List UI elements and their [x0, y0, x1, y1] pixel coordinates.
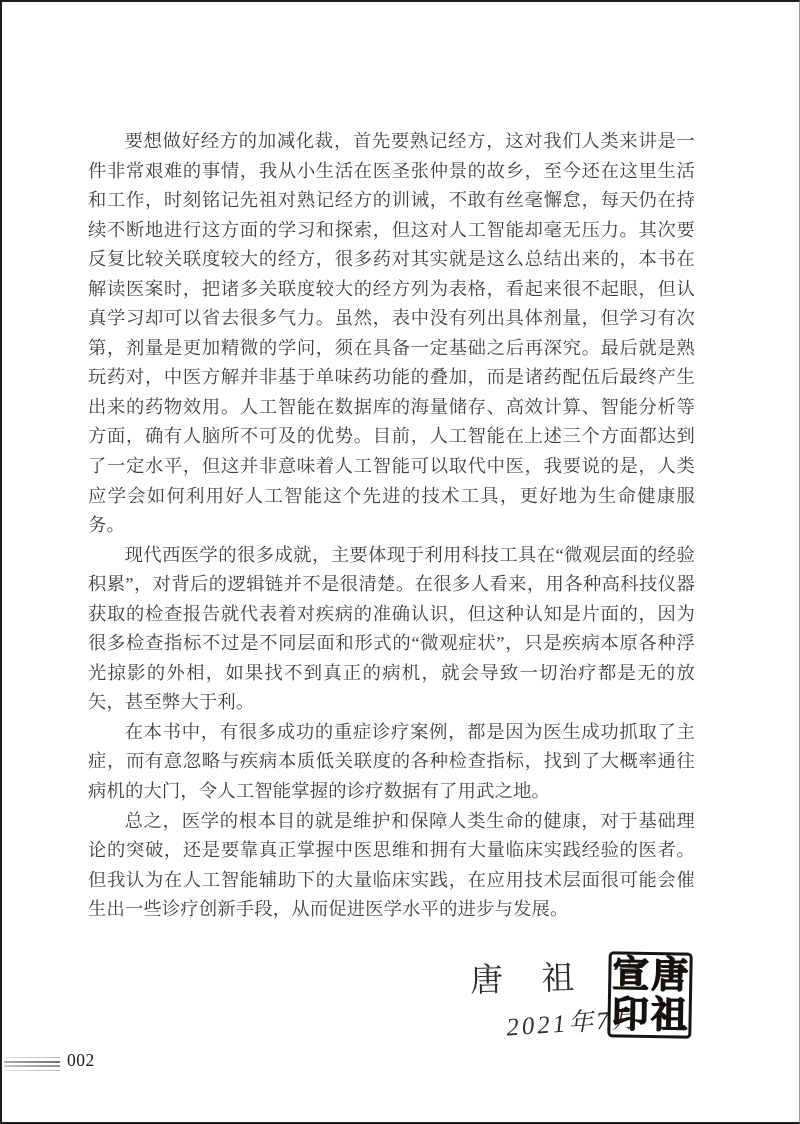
- footer-rule: [4, 1061, 60, 1063]
- paragraph: 现代西医学的很多成就，主要体现于利用科技工具在“微观层面的经验积累”，对背后的逻…: [88, 541, 695, 718]
- footer-rule-lines: [4, 1057, 60, 1071]
- footer-rule: [4, 1065, 60, 1067]
- seal-character: 唐: [648, 953, 691, 998]
- name-seal-stamp: 唐 祖 宣 印: [607, 951, 692, 1038]
- preface-body: 要想做好经方的加减化裁，首先要熟记经方，这对我们人类来讲是一件非常艰难的事情，我…: [88, 127, 695, 925]
- seal-character: 印: [609, 992, 652, 1037]
- paragraph: 要想做好经方的加减化裁，首先要熟记经方，这对我们人类来讲是一件非常艰难的事情，我…: [88, 127, 695, 541]
- page-number: 002: [67, 1050, 95, 1071]
- footer-rule: [4, 1070, 60, 1071]
- footer-rule: [4, 1057, 60, 1058]
- book-page: 要想做好经方的加减化裁，首先要熟记经方，这对我们人类来讲是一件非常艰难的事情，我…: [0, 0, 800, 1124]
- seal-character: 祖: [648, 993, 691, 1038]
- seal-character: 宣: [609, 952, 652, 997]
- paragraph: 在本书中，有很多成功的重症诊疗案例，都是因为医生成功抓取了主症，而有意忽略与疾病…: [88, 718, 695, 807]
- paragraph: 总之，医学的根本目的就是维护和保障人类生命的健康，对于基础理论的突破，还是要靠真…: [88, 807, 695, 925]
